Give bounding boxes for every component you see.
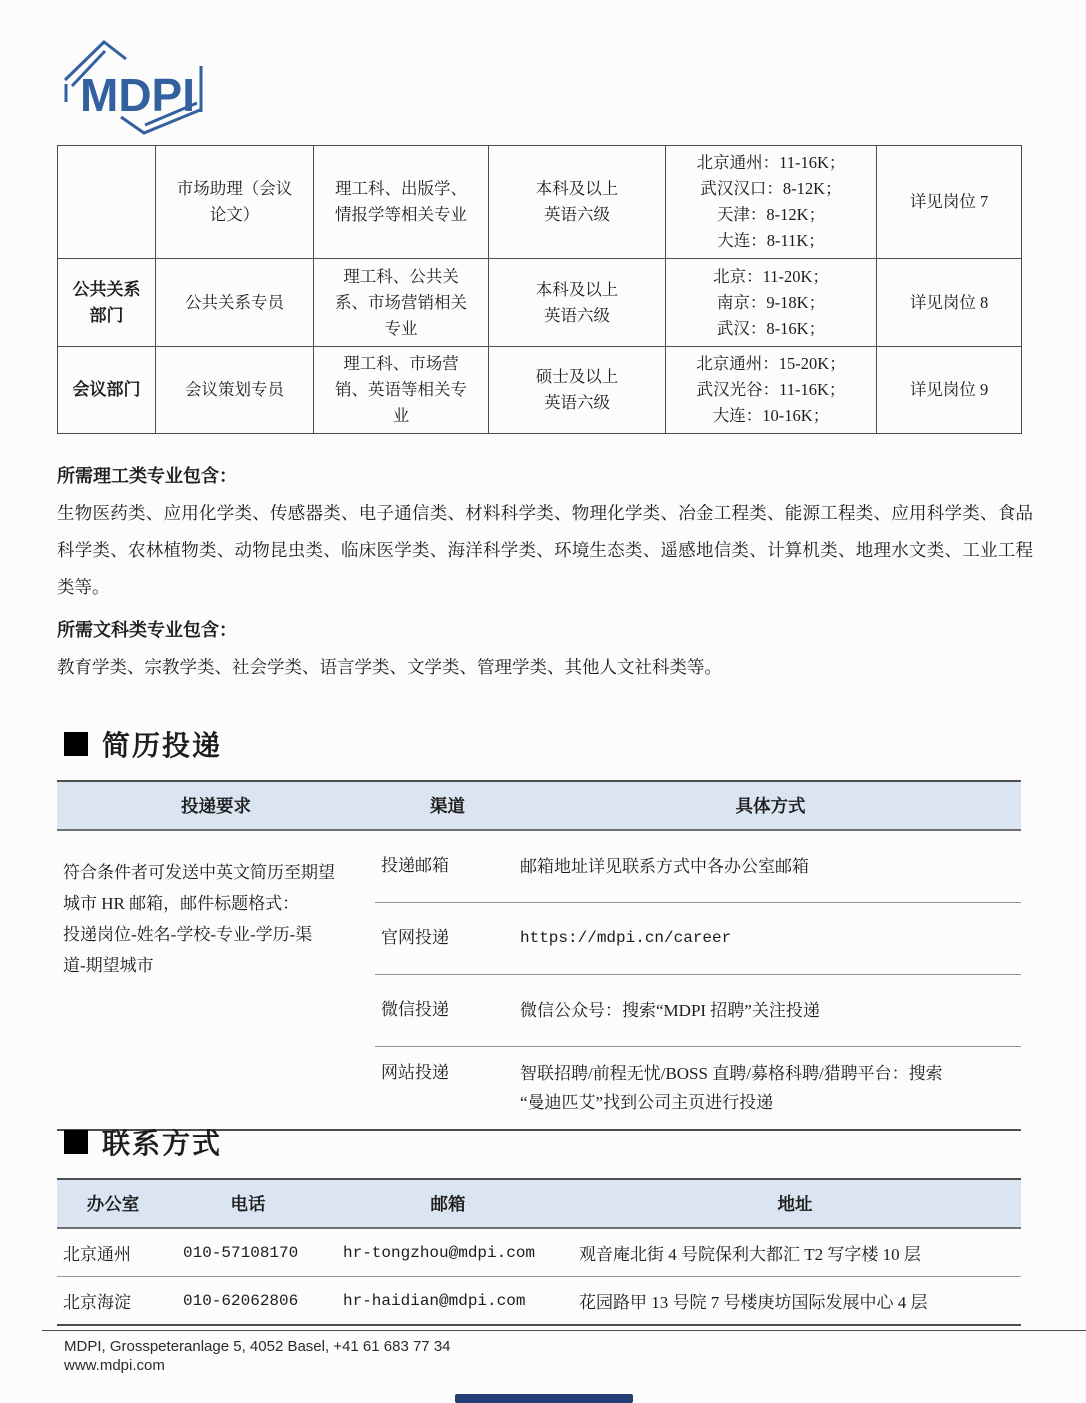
column-header-office: 办公室 [57,1191,169,1216]
education-cell: 硕士及以上 英语六级 [489,347,666,434]
address-cell: 观音庵北街 4 号院保利大都汇 T2 写字楼 10 层 [569,1240,1021,1265]
square-bullet-icon [64,1130,88,1154]
office-cell: 北京海淀 [57,1288,169,1313]
table-row: 北京通州 010-57108170 hr-tongzhou@mdpi.com 观… [57,1229,1021,1276]
resume-section-title: 简历投递 [64,724,222,764]
column-header-requirement: 投递要求 [57,793,375,818]
office-cell: 北京通州 [57,1240,169,1265]
footer-address: MDPI, Grosspeteranlage 5, 4052 Basel, +4… [64,1337,451,1356]
salary-cell: 北京通州：15-20K； 武汉光谷：11-16K； 大连：10-16K； [666,347,877,434]
column-header-channel: 渠道 [375,793,520,818]
phone-cell: 010-62062806 [169,1292,327,1310]
column-header-method: 具体方式 [520,793,1021,818]
resume-table-header: 投递要求 渠道 具体方式 [57,780,1021,831]
arts-majors-heading: 所需文科类专业包含： [57,612,1033,649]
resume-table-body: 符合条件者可发送中英文简历至期望 城市 HR 邮箱，邮件标题格式： 投递岗位-姓… [57,831,1021,1131]
footer: MDPI, Grosspeteranlage 5, 4052 Basel, +4… [64,1337,451,1375]
bottom-accent-bar [455,1394,633,1403]
mdpi-logo: MDPI [58,32,208,137]
requirement-cell: 符合条件者可发送中英文简历至期望 城市 HR 邮箱，邮件标题格式： 投递岗位-姓… [57,831,375,1129]
resume-table: 投递要求 渠道 具体方式 符合条件者可发送中英文简历至期望 城市 HR 邮箱，邮… [57,780,1021,1131]
page-section-heading: 联系方式 [102,1122,222,1162]
channel-method: 邮箱地址详见联系方式中各办公室邮箱 [520,831,1021,902]
logo-text: MDPI [80,69,195,121]
position-cell: 会议策划专员 [156,347,314,434]
dept-cell: 会议部门 [58,347,156,434]
column-header-phone: 电话 [169,1191,327,1216]
channel-name: 官网投递 [375,903,520,974]
channel-row-wechat: 微信投递 微信公众号：搜索“MDPI 招聘”关注投递 [375,975,1021,1047]
channel-name: 微信投递 [375,975,520,1046]
phone-cell: 010-57108170 [169,1244,327,1262]
detail-cell: 详见岗位 8 [877,259,1022,347]
career-site-link[interactable]: https://mdpi.cn/career [520,903,1021,974]
sci-majors-body: 生物医药类、应用化学类、传感器类、电子通信类、材料科学类、物理化学类、冶金工程类… [57,495,1033,606]
page-section-heading: 简历投递 [102,724,222,764]
mdpi-hexagon-icon: MDPI [58,32,208,137]
channels-list: 投递邮箱 邮箱地址详见联系方式中各办公室邮箱 官网投递 https://mdpi… [375,831,1021,1129]
dept-cell [58,146,156,259]
channel-name: 网站投递 [375,1047,520,1129]
education-cell: 本科及以上 英语六级 [489,146,666,259]
table-row: 公共关系 部门 公共关系专员 理工科、公共关 系、市场营销相关 专业 本科及以上… [58,259,1022,347]
email-link[interactable]: hr-tongzhou@mdpi.com [327,1244,569,1262]
arts-majors-body: 教育学类、宗教学类、社会学类、语言学类、文学类、管理学类、其他人文社科类等。 [57,649,1033,686]
table-row: 北京海淀 010-62062806 hr-haidian@mdpi.com 花园… [57,1276,1021,1324]
contact-table: 办公室 电话 邮箱 地址 北京通州 010-57108170 hr-tongzh… [57,1178,1021,1326]
column-header-email: 邮箱 [327,1191,569,1216]
contact-table-header: 办公室 电话 邮箱 地址 [57,1178,1021,1229]
channel-method: 微信公众号：搜索“MDPI 招聘”关注投递 [520,975,1021,1046]
column-header-address: 地址 [569,1191,1021,1216]
detail-cell: 详见岗位 9 [877,347,1022,434]
square-bullet-icon [64,732,88,756]
email-link[interactable]: hr-haidian@mdpi.com [327,1292,569,1310]
position-cell: 市场助理（会议 论文） [156,146,314,259]
channel-row-website: 官网投递 https://mdpi.cn/career [375,903,1021,975]
address-cell: 花园路甲 13 号院 7 号楼庚坊国际发展中心 4 层 [569,1288,1021,1313]
table-row: 市场助理（会议 论文） 理工科、出版学、 情报学等相关专业 本科及以上 英语六级… [58,146,1022,259]
position-cell: 公共关系专员 [156,259,314,347]
contact-section-title: 联系方式 [64,1122,222,1162]
education-cell: 本科及以上 英语六级 [489,259,666,347]
detail-cell: 详见岗位 7 [877,146,1022,259]
majors-cell: 理工科、市场营 销、英语等相关专 业 [314,347,489,434]
salary-cell: 北京：11-20K； 南京：9-18K； 武汉：8-16K； [666,259,877,347]
jobs-table: 市场助理（会议 论文） 理工科、出版学、 情报学等相关专业 本科及以上 英语六级… [57,145,1022,434]
table-row: 会议部门 会议策划专员 理工科、市场营 销、英语等相关专 业 硕士及以上 英语六… [58,347,1022,434]
channel-row-job-boards: 网站投递 智联招聘/前程无忧/BOSS 直聘/募格科聘/猎聘平台：搜索 “曼迪匹… [375,1047,1021,1129]
majors-section: 所需理工类专业包含： 生物医药类、应用化学类、传感器类、电子通信类、材料科学类、… [57,452,1033,686]
sci-majors-heading: 所需理工类专业包含： [57,458,1033,495]
dept-cell: 公共关系 部门 [58,259,156,347]
contact-table-body: 北京通州 010-57108170 hr-tongzhou@mdpi.com 观… [57,1229,1021,1326]
majors-cell: 理工科、出版学、 情报学等相关专业 [314,146,489,259]
majors-cell: 理工科、公共关 系、市场营销相关 专业 [314,259,489,347]
channel-method: 智联招聘/前程无忧/BOSS 直聘/募格科聘/猎聘平台：搜索 “曼迪匹艾”找到公… [520,1047,1021,1129]
channel-row-email: 投递邮箱 邮箱地址详见联系方式中各办公室邮箱 [375,831,1021,903]
channel-name: 投递邮箱 [375,831,520,902]
footer-divider [42,1330,1086,1331]
footer-website-link[interactable]: www.mdpi.com [64,1356,451,1375]
salary-cell: 北京通州：11-16K； 武汉汉口：8-12K； 天津：8-12K； 大连：8-… [666,146,877,259]
